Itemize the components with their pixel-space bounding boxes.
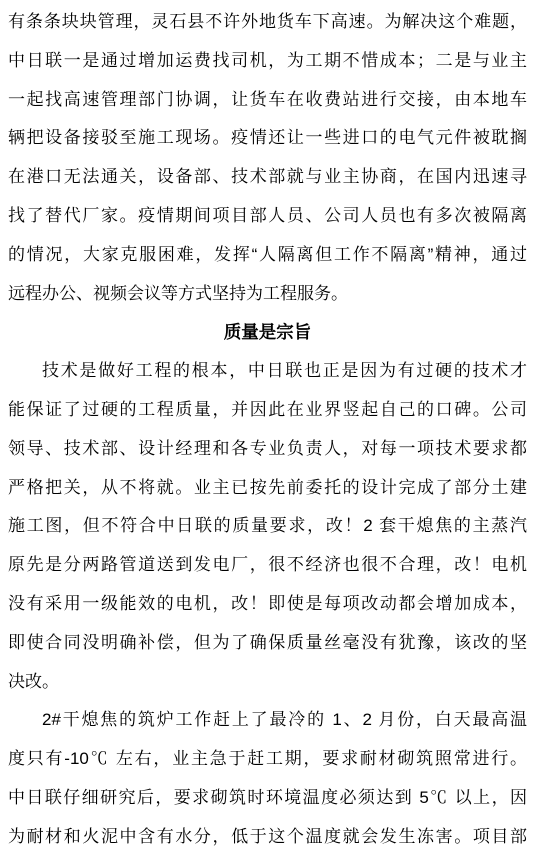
text-line: 即使合同没明确补偿，但为了确保质量丝毫没有犹豫，该改的坚 <box>8 624 527 663</box>
text-line: 度只有-10℃ 左右，业主急于赶工期，要求耐材砌筑照常进行。 <box>8 740 527 779</box>
text-line: 有条条块块管理，灵石县不许外地货车下高速。为解决这个难题， <box>8 3 527 42</box>
text-line: 远程办公、视频会议等方式坚持为工程服务。 <box>8 275 527 314</box>
document-page: 有条条块块管理，灵石县不许外地货车下高速。为解决这个难题，中日联一是通过增加运费… <box>0 0 534 857</box>
text-line: 找了替代厂家。疫情期间项目部人员、公司人员也有多次被隔离 <box>8 197 527 236</box>
text-line: 严格把关，从不将就。业主已按先前委托的设计完成了部分土建 <box>8 469 527 508</box>
text-line: 一起找高速管理部门协调，让货车在收费站进行交接，由本地车 <box>8 81 527 120</box>
text-line: 能保证了过硬的工程质量，并因此在业界竖起自己的口碑。公司 <box>8 391 527 430</box>
paragraph: 2#干熄焦的筑炉工作赶上了最冷的 1、2 月份，白天最高温度只有-10℃ 左右，… <box>8 701 527 856</box>
text-line: 中日联仔细研究后，要求砌筑时环境温度必须达到 5℃ 以上，因 <box>8 779 527 818</box>
text-line: 中日联一是通过增加运费找司机，为工期不惜成本；二是与业主 <box>8 42 527 81</box>
text-line: 原先是分两路管道送到发电厂，很不经济也很不合理，改！电机 <box>8 546 527 585</box>
text-line: 决改。 <box>8 663 527 702</box>
text-line: 没有采用一级能效的电机，改！即使是每项改动都会增加成本， <box>8 585 527 624</box>
text-line: 2#干熄焦的筑炉工作赶上了最冷的 1、2 月份，白天最高温 <box>8 701 527 740</box>
section-heading: 质量是宗旨 <box>8 313 527 352</box>
text-line: 在港口无法通关，设备部、技术部就与业主协商，在国内迅速寻 <box>8 158 527 197</box>
paragraph: 有条条块块管理，灵石县不许外地货车下高速。为解决这个难题，中日联一是通过增加运费… <box>8 3 527 313</box>
text-line: 辆把设备接驳至施工现场。疫情还让一些进口的电气元件被耽搁 <box>8 119 527 158</box>
text-line: 施工图，但不符合中日联的质量要求，改！2 套干熄焦的主蒸汽 <box>8 507 527 546</box>
text-line: 的情况，大家克服困难，发挥“人隔离但工作不隔离”精神，通过 <box>8 236 527 275</box>
text-line: 领导、技术部、设计经理和各专业负责人，对每一项技术要求都 <box>8 430 527 469</box>
text-line: 技术是做好工程的根本，中日联也正是因为有过硬的技术才 <box>8 352 527 391</box>
text-line: 为耐材和火泥中含有水分，低于这个温度就会发生冻害。项目部 <box>8 818 527 857</box>
paragraph: 技术是做好工程的根本，中日联也正是因为有过硬的技术才能保证了过硬的工程质量，并因… <box>8 352 527 701</box>
